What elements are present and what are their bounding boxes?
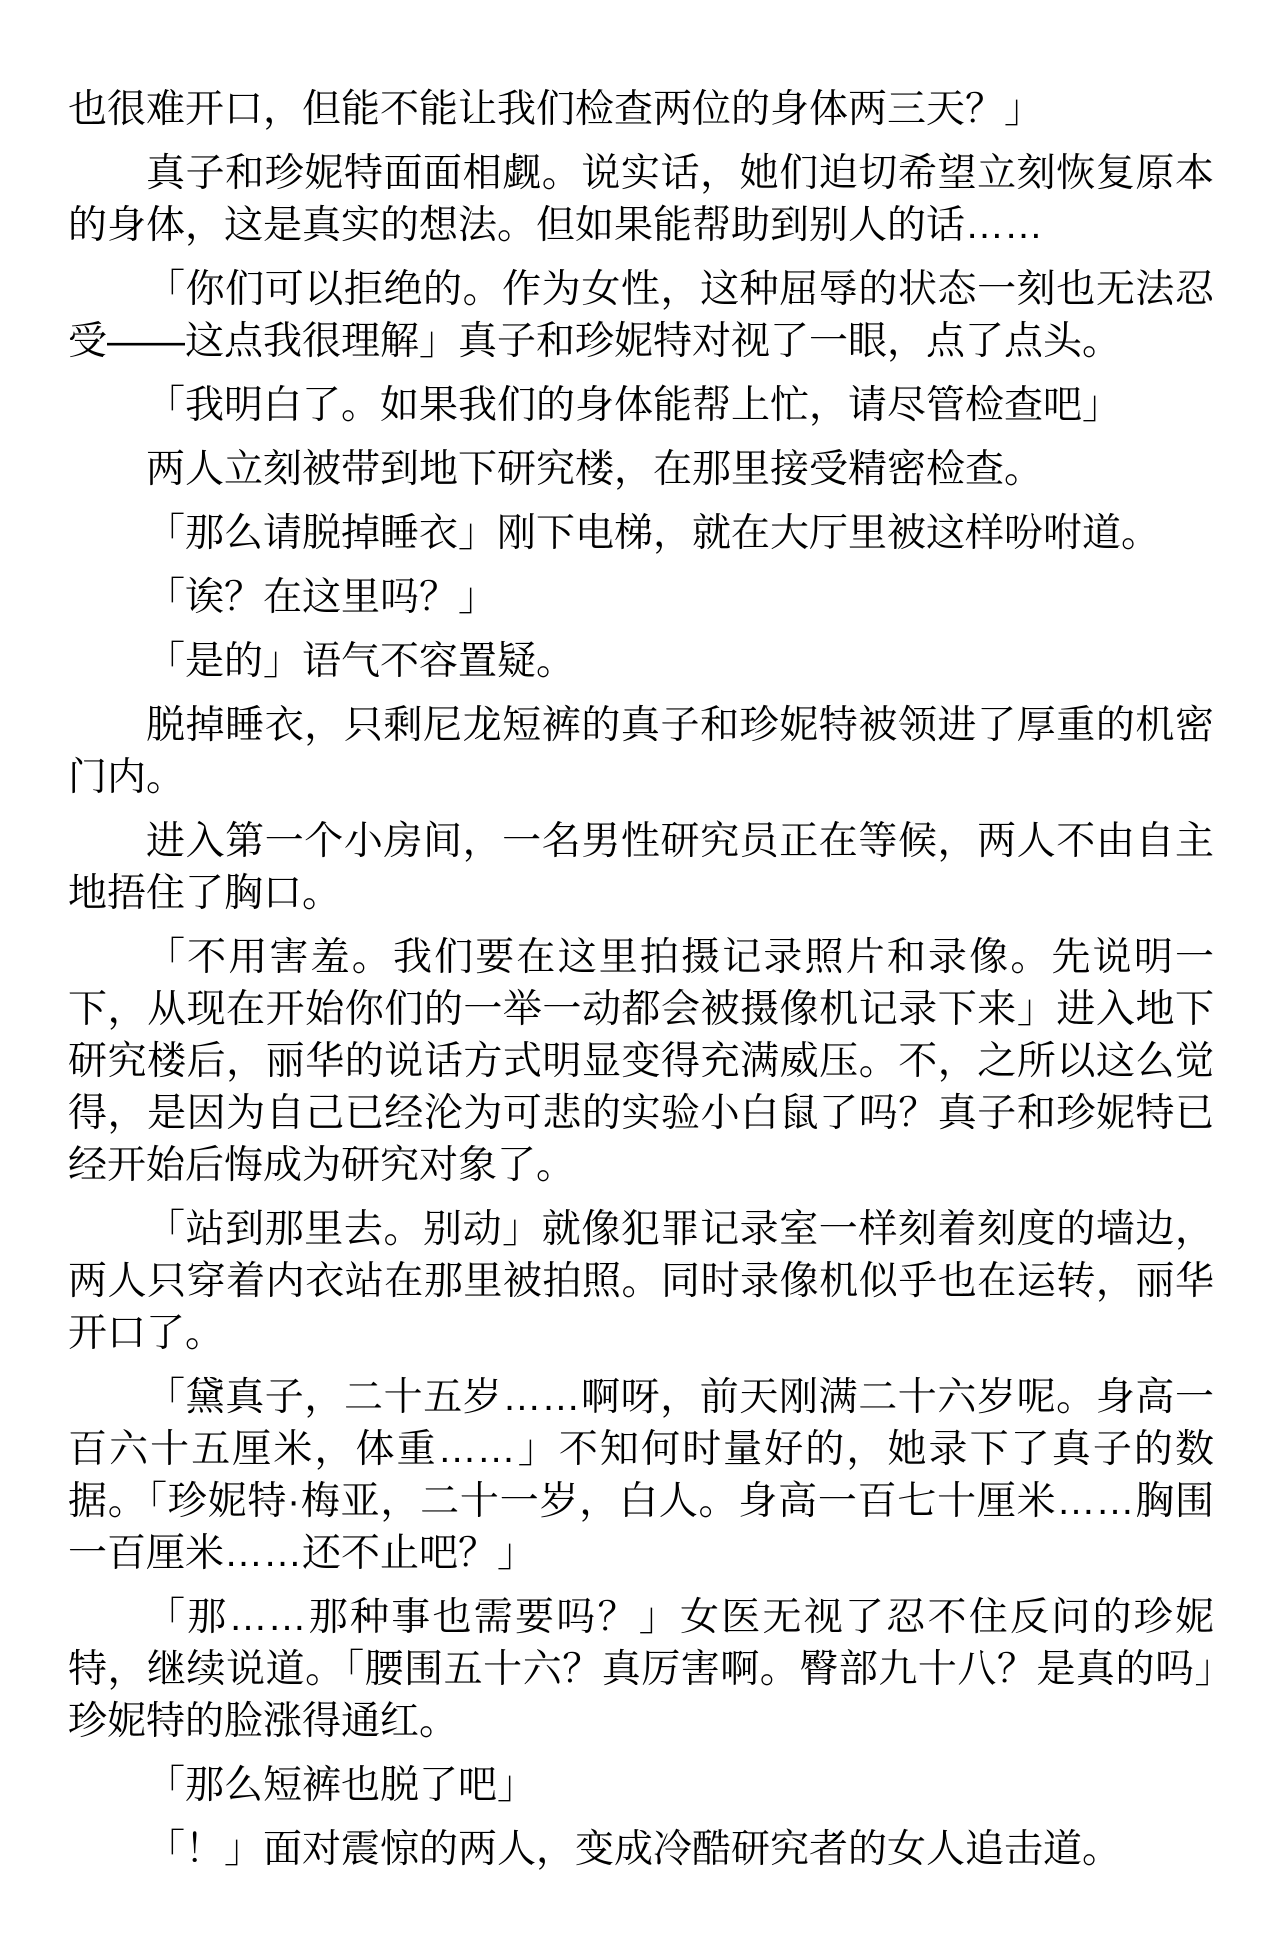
paragraph-14: 「那……那种事也需要吗？」女医无视了忍不住反问的珍妮特，继续说道。「腰围五十六？… bbox=[68, 1592, 1214, 1748]
paragraph-10: 进入第一个小房间，一名男性研究员正在等候，两人不由自主地捂住了胸口。 bbox=[68, 816, 1214, 920]
paragraph-1: 也很难开口，但能不能让我们检查两位的身体两三天？」 bbox=[68, 84, 1214, 136]
paragraph-15: 「那么短裤也脱了吧」 bbox=[68, 1760, 1214, 1812]
paragraph-12: 「站到那里去。别动」就像犯罪记录室一样刻着刻度的墙边，两人只穿着内衣站在那里被拍… bbox=[68, 1204, 1214, 1360]
paragraph-7: 「诶？在这里吗？」 bbox=[68, 572, 1214, 624]
paragraph-11: 「不用害羞。我们要在这里拍摄记录照片和录像。先说明一下，从现在开始你们的一举一动… bbox=[68, 932, 1214, 1192]
paragraph-6: 「那么请脱掉睡衣」刚下电梯，就在大厅里被这样吩咐道。 bbox=[68, 508, 1214, 560]
paragraph-16: 「！」面对震惊的两人，变成冷酷研究者的女人追击道。 bbox=[68, 1824, 1214, 1876]
paragraph-4: 「我明白了。如果我们的身体能帮上忙，请尽管检查吧」 bbox=[68, 380, 1214, 432]
paragraph-8: 「是的」语气不容置疑。 bbox=[68, 636, 1214, 688]
paragraph-5: 两人立刻被带到地下研究楼，在那里接受精密检查。 bbox=[68, 444, 1214, 496]
paragraph-2: 真子和珍妮特面面相觑。说实话，她们迫切希望立刻恢复原本的身体，这是真实的想法。但… bbox=[68, 148, 1214, 252]
paragraph-3: 「你们可以拒绝的。作为女性，这种屈辱的状态一刻也无法忍受——这点我很理解」真子和… bbox=[68, 264, 1214, 368]
paragraph-9: 脱掉睡衣，只剩尼龙短裤的真子和珍妮特被领进了厚重的机密门内。 bbox=[68, 700, 1214, 804]
paragraph-13: 「黛真子，二十五岁……啊呀，前天刚满二十六岁呢。身高一百六十五厘米，体重……」不… bbox=[68, 1372, 1214, 1580]
book-page: 也很难开口，但能不能让我们检查两位的身体两三天？」 真子和珍妮特面面相觑。说实话… bbox=[0, 0, 1280, 1942]
